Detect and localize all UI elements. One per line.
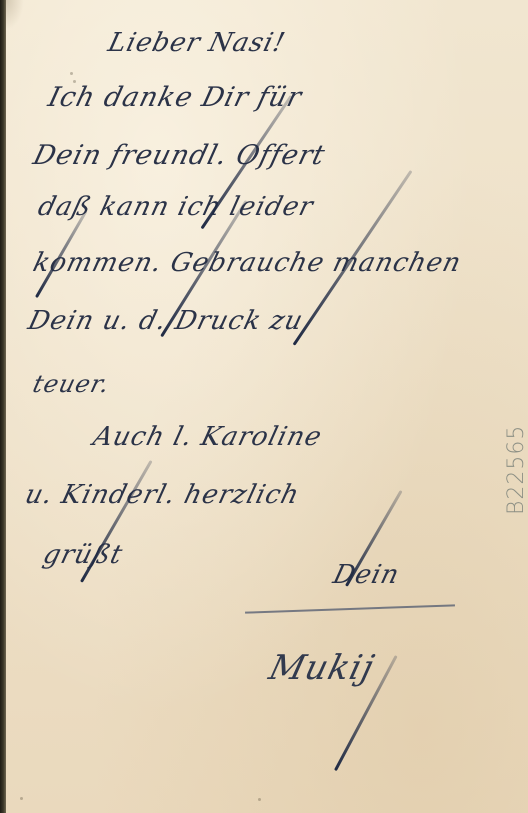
letter-line-2: Dein freundl. Offert xyxy=(30,140,329,171)
letter-line-1: Ich danke Dir für xyxy=(45,82,305,113)
paper-speck xyxy=(20,797,23,800)
letter-line-6: teuer. xyxy=(30,370,113,398)
paper-speck xyxy=(258,798,261,801)
letter-line-8: u. Kinderl. herzlich xyxy=(22,480,303,510)
letter-line-4: kommen. Gebrauche manchen xyxy=(30,248,465,278)
letter-greeting: Lieber Nasi! xyxy=(105,28,289,58)
paper-speck xyxy=(73,80,76,83)
letter-line-7: Auch l. Karoline xyxy=(90,422,325,452)
postcard: Lieber Nasi! Ich danke Dir für Dein freu… xyxy=(0,0,528,813)
left-border-edge xyxy=(0,0,6,813)
letter-line-3: daß kann ich leider xyxy=(35,192,317,222)
closing-underline-swash xyxy=(245,604,455,613)
signature: Mukij xyxy=(265,648,379,688)
letter-closing: Dein xyxy=(330,560,403,590)
letter-line-9: grüßt xyxy=(40,540,126,570)
corner-shadow xyxy=(6,0,24,30)
paper-speck xyxy=(70,72,73,75)
archive-pencil-number: B22565 xyxy=(504,425,528,515)
